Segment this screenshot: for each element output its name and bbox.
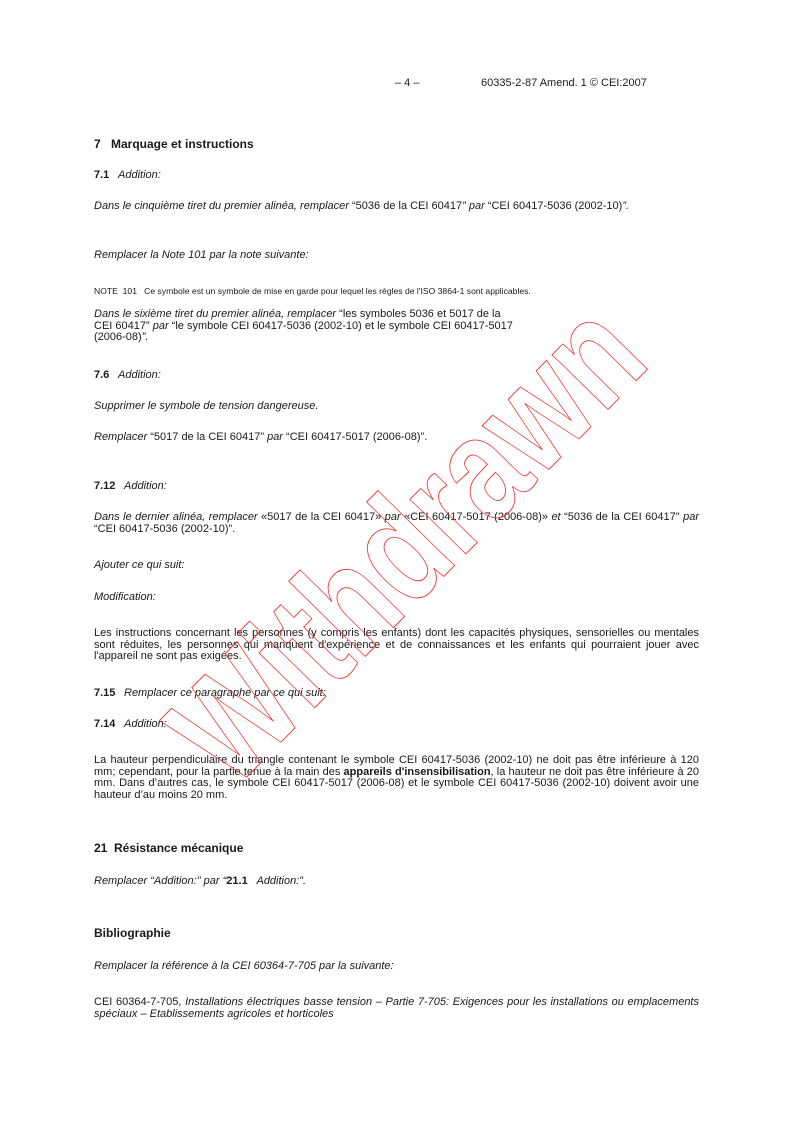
section-heading-7: 7Marquage et instructions bbox=[94, 139, 699, 151]
text-run: par bbox=[153, 320, 172, 332]
text-run: «CEI 60417-5017 (2006-08)» bbox=[404, 511, 548, 523]
paragraph: Dans le cinquième tiret du premier aliné… bbox=[94, 201, 699, 213]
defined-term: appareils d'insensibilisation bbox=[344, 766, 491, 778]
text-run: ”. bbox=[622, 200, 629, 212]
clause-number: 7.15 bbox=[94, 688, 124, 700]
text-run: Remplacer bbox=[94, 431, 150, 443]
text-run: ” par bbox=[462, 200, 488, 212]
section-number: 7 bbox=[94, 139, 111, 151]
text-run: Dans le sixième tiret du premier alinéa,… bbox=[94, 308, 339, 320]
bibliography-heading: Bibliographie bbox=[94, 928, 699, 940]
text-run: Dans le dernier alinéa, remplacer bbox=[94, 511, 261, 523]
paragraph: Modification: bbox=[94, 592, 699, 604]
text-run: par bbox=[385, 511, 404, 523]
clause-heading-7-6: 7.6Addition: bbox=[94, 370, 699, 382]
text-run: “CEI 60417-5036 (2002-10)”. bbox=[94, 523, 235, 535]
clause-label: Addition: bbox=[118, 369, 161, 381]
section-heading-21: 21Résistance mécanique bbox=[94, 843, 699, 855]
bibliography-entry: CEI 60364-7-705, Installations électriqu… bbox=[94, 997, 699, 1020]
paragraph: Supprimer le symbole de tension dangereu… bbox=[94, 401, 699, 413]
clause-label: Remplacer ce paragraphe par ce qui suit: bbox=[124, 687, 326, 699]
text-run: par bbox=[267, 431, 286, 443]
clause-heading-7-12: 7.12Addition: bbox=[94, 481, 699, 493]
text-run: ”. bbox=[142, 331, 149, 343]
document-page: – 4 – 60335-2-87 Amend. 1 © CEI:2007 7Ma… bbox=[0, 0, 793, 1122]
text-run: “5017 de la CEI 60417” bbox=[150, 431, 267, 443]
text-run: Addition:”. bbox=[248, 875, 306, 887]
text-run: “5036 de la CEI 60417" bbox=[564, 511, 683, 523]
text-run: Remplacer “Addition:" par “ bbox=[94, 875, 226, 887]
clause-number: 7.1 bbox=[94, 170, 118, 182]
clause-heading-7-1: 7.1Addition: bbox=[94, 170, 699, 182]
text-run: par bbox=[683, 511, 699, 523]
text-run: “5036 de la CEI 60417 bbox=[352, 200, 462, 212]
paragraph: La hauteur perpendiculaire du triangle c… bbox=[94, 755, 699, 801]
text-run: (2006-08) bbox=[94, 331, 142, 343]
section-number: 21 bbox=[94, 843, 114, 855]
watermark-text: Withdrawn bbox=[137, 271, 675, 815]
text-run: 21.1 bbox=[226, 875, 247, 887]
clause-label: Addition: bbox=[118, 169, 161, 181]
clause-heading-7-15: 7.15Remplacer ce paragraphe par ce qui s… bbox=[94, 688, 699, 700]
clause-number: 7.6 bbox=[94, 370, 118, 382]
note-101: NOTE 101 Ce symbole est un symbole de mi… bbox=[94, 286, 699, 298]
clause-number: 7.14 bbox=[94, 719, 124, 731]
clause-heading-7-14: 7.14Addition: bbox=[94, 719, 699, 731]
text-run: «5017 de la CEI 60417» bbox=[261, 511, 385, 523]
paragraph: Remplacer “Addition:" par “21.1 Addition… bbox=[94, 876, 699, 888]
text-run: “les symboles 5036 et 5017 de la bbox=[339, 308, 500, 320]
paragraph: Dans le dernier alinéa, remplacer «5017 … bbox=[94, 512, 699, 535]
text-run: “le symbole CEI 60417-5036 (2002-10) et … bbox=[172, 320, 513, 332]
text-run: “CEI 60417-5036 (2002-10) bbox=[488, 200, 623, 212]
text-run: Installations électriques basse tension … bbox=[94, 996, 699, 1020]
clause-label: Addition: bbox=[124, 718, 167, 730]
paragraph: Remplacer la référence à la CEI 60364-7-… bbox=[94, 961, 699, 973]
text-run: CEI 60417” bbox=[94, 320, 153, 332]
document-reference: 60335-2-87 Amend. 1 © CEI:2007 bbox=[481, 77, 647, 89]
text-run: “CEI 60417-5017 (2006-08)”. bbox=[286, 431, 427, 443]
paragraph: Remplacer la Note 101 par la note suivan… bbox=[94, 250, 699, 262]
paragraph: Ajouter ce qui suit: bbox=[94, 560, 699, 572]
text-run: Dans le cinquième tiret du premier aliné… bbox=[94, 200, 352, 212]
section-title: Marquage et instructions bbox=[111, 137, 254, 151]
page-number: – 4 – bbox=[395, 77, 419, 89]
paragraph: Les instructions concernant les personne… bbox=[94, 628, 699, 663]
text-run: et bbox=[551, 511, 564, 523]
paragraph: Dans le sixième tiret du premier alinéa,… bbox=[94, 309, 634, 344]
text-run: CEI 60364-7-705, bbox=[94, 996, 185, 1008]
section-title: Résistance mécanique bbox=[114, 841, 243, 855]
clause-number: 7.12 bbox=[94, 481, 124, 493]
clause-label: Addition: bbox=[124, 480, 167, 492]
paragraph: Remplacer “5017 de la CEI 60417” par “CE… bbox=[94, 432, 699, 444]
